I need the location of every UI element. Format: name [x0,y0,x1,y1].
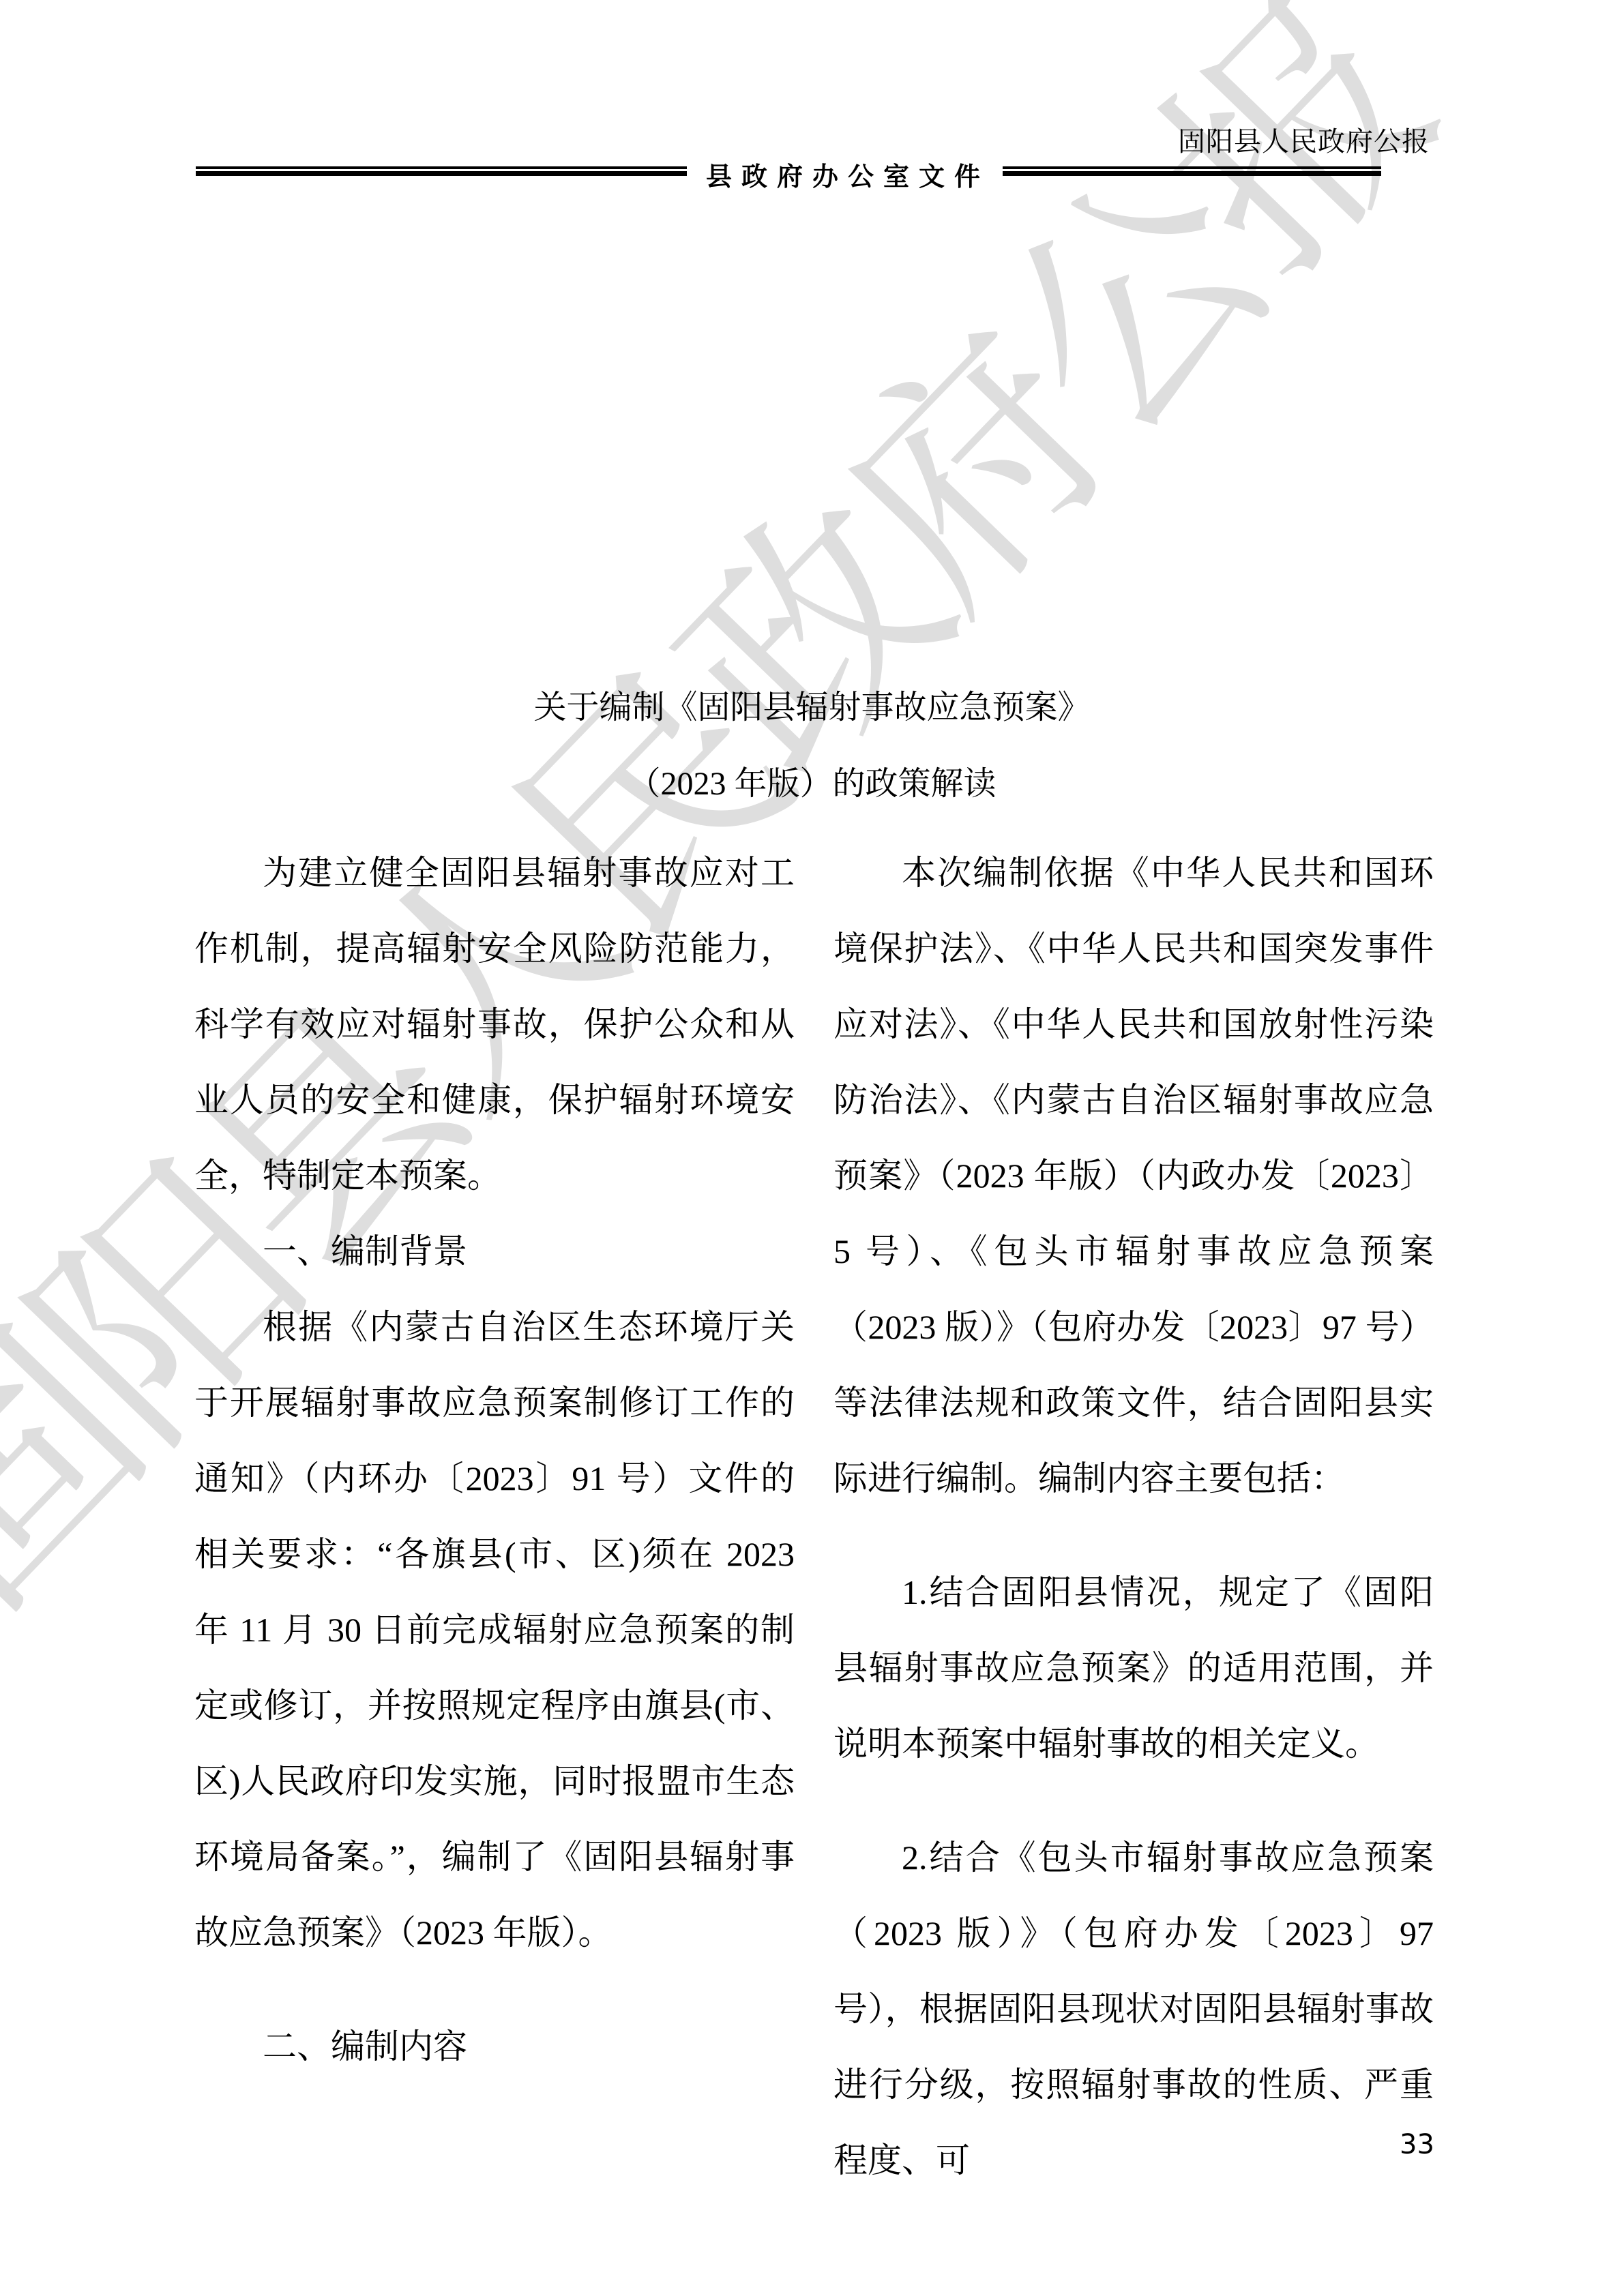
left-column: 为建立健全固阳县辐射事故应对工作机制，提高辐射安全风险防范能力，科学有效应对辐射… [194,835,795,2085]
page-number: 33 [1400,2129,1434,2160]
journal-name: 固阳县人民政府公报 [1178,120,1430,159]
content-item-1: 1.结合固阳县情况，规定了《固阳县辐射事故应急预案》的适用范围，并说明本预案中辐… [833,1555,1434,1782]
background-paragraph: 根据《内蒙古自治区生态环境厅关于开展辐射事故应急预案制修订工作的通知》（内环办〔… [194,1289,795,1971]
intro-paragraph: 为建立健全固阳县辐射事故应对工作机制，提高辐射安全风险防范能力，科学有效应对辐射… [194,835,795,1214]
right-column: 本次编制依据《中华人民共和国环境保护法》、《中华人民共和国突发事件应对法》、《中… [833,835,1434,2198]
basis-paragraph: 本次编制依据《中华人民共和国环境保护法》、《中华人民共和国突发事件应对法》、《中… [833,835,1434,1517]
spacer [833,1782,1434,1820]
article-subtitle: （2023 年版）的政策解读 [0,757,1624,804]
header-rule-right [1003,166,1381,176]
header-rule-left [196,166,687,176]
section-heading-content: 二、编制内容 [194,2009,795,2085]
article-title: 关于编制《固阳县辐射事故应急预案》 [0,681,1624,728]
spacer [194,1971,795,2009]
content-item-2: 2.结合《包头市辐射事故应急预案（2023 版）》（包府办发〔2023〕97 号… [833,1820,1434,2198]
section-heading-background: 一、编制背景 [194,1214,795,1289]
section-label: 县政府办公室文件 [706,155,990,193]
spacer [833,1517,1434,1555]
